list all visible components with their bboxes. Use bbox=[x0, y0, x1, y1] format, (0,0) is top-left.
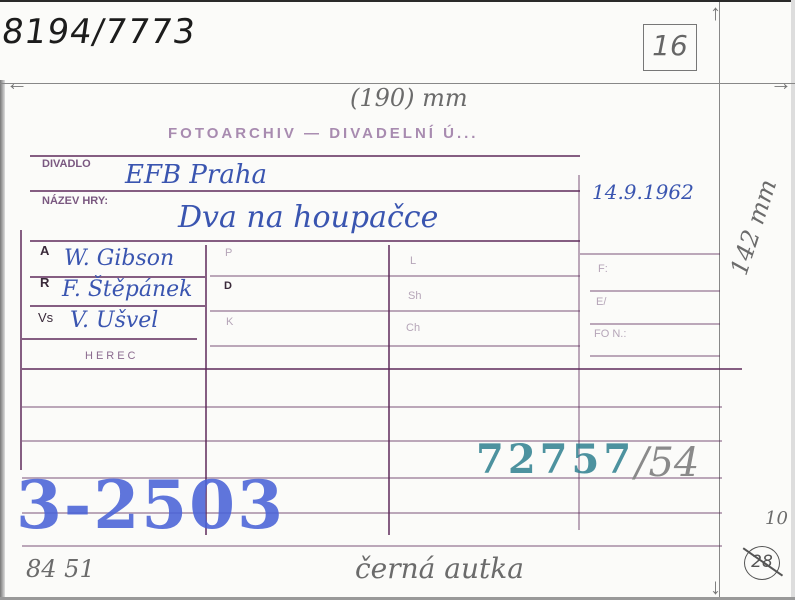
label-fon: FO N.: bbox=[594, 328, 626, 340]
label-sh: Sh bbox=[408, 290, 421, 302]
grid-line bbox=[590, 290, 720, 292]
grid-line bbox=[22, 368, 742, 370]
label-vs: Vs bbox=[38, 310, 53, 325]
label-a: A bbox=[40, 243, 49, 258]
grid-line bbox=[210, 345, 580, 347]
grid-line bbox=[590, 323, 720, 325]
grid-line bbox=[20, 230, 22, 470]
value-vs: V. Ušvel bbox=[70, 308, 158, 333]
value-a: W. Gibson bbox=[64, 246, 174, 271]
value-date: 14.9.1962 bbox=[592, 180, 694, 204]
label-hereci: HEREC bbox=[85, 350, 139, 362]
grid-line bbox=[30, 190, 580, 192]
height-dimension: 142 mm bbox=[725, 176, 782, 279]
arrow-left-icon: ← bbox=[6, 72, 28, 94]
archive-stamp-header: FOTOARCHIV — DIVADELNÍ Ú... bbox=[168, 125, 478, 142]
grid-line bbox=[580, 253, 720, 255]
reference-number: 8194/7773 bbox=[0, 12, 198, 52]
bottom-center-note: černá autka bbox=[355, 552, 524, 585]
label-l: L bbox=[410, 255, 416, 267]
box-number-value: 16 bbox=[644, 29, 696, 62]
arrow-up-icon: ↑ bbox=[710, 2, 721, 24]
arrow-right-icon: → bbox=[770, 72, 792, 94]
label-nazev-hry: NÁZEV HRY: bbox=[42, 195, 108, 207]
bottom-right-number: 10 bbox=[765, 508, 788, 529]
box-number: 16 bbox=[643, 24, 697, 71]
label-p: P bbox=[225, 247, 232, 259]
grid-line bbox=[22, 338, 197, 340]
inventory-number-stamp: 3-2503 bbox=[16, 472, 285, 538]
grid-line bbox=[30, 240, 580, 242]
crop-height-line bbox=[719, 2, 720, 597]
grid-line bbox=[22, 545, 722, 547]
value-r: F. Štěpánek bbox=[62, 277, 192, 302]
value-nazev-hry: Dva na houpačce bbox=[178, 200, 438, 235]
width-dimension: (190) mm bbox=[350, 84, 468, 112]
grid-line bbox=[22, 406, 722, 408]
scan-edge-top bbox=[0, 0, 795, 2]
arrow-down-icon: ↓ bbox=[710, 576, 721, 598]
grid-line bbox=[210, 275, 580, 277]
value-divadlo: EFB Praha bbox=[125, 160, 267, 190]
archive-number-suffix: /54 bbox=[635, 440, 699, 486]
grid-line bbox=[590, 355, 720, 357]
bottom-left-note: 84 51 bbox=[26, 555, 95, 583]
scan-edge-left bbox=[0, 80, 5, 600]
label-f: F: bbox=[598, 263, 608, 275]
grid-line bbox=[30, 155, 580, 157]
circled-number: 28 bbox=[744, 546, 780, 580]
label-ch: Ch bbox=[406, 322, 420, 334]
grid-line bbox=[30, 305, 205, 307]
label-d: D bbox=[224, 280, 232, 292]
label-divadlo: DIVADLO bbox=[42, 158, 91, 170]
label-k: K bbox=[226, 316, 233, 328]
grid-line bbox=[388, 245, 390, 535]
archive-number-stamp: 72757 bbox=[476, 440, 635, 480]
label-e: E/ bbox=[596, 296, 606, 308]
label-r: R bbox=[40, 275, 49, 290]
grid-line bbox=[210, 310, 580, 312]
